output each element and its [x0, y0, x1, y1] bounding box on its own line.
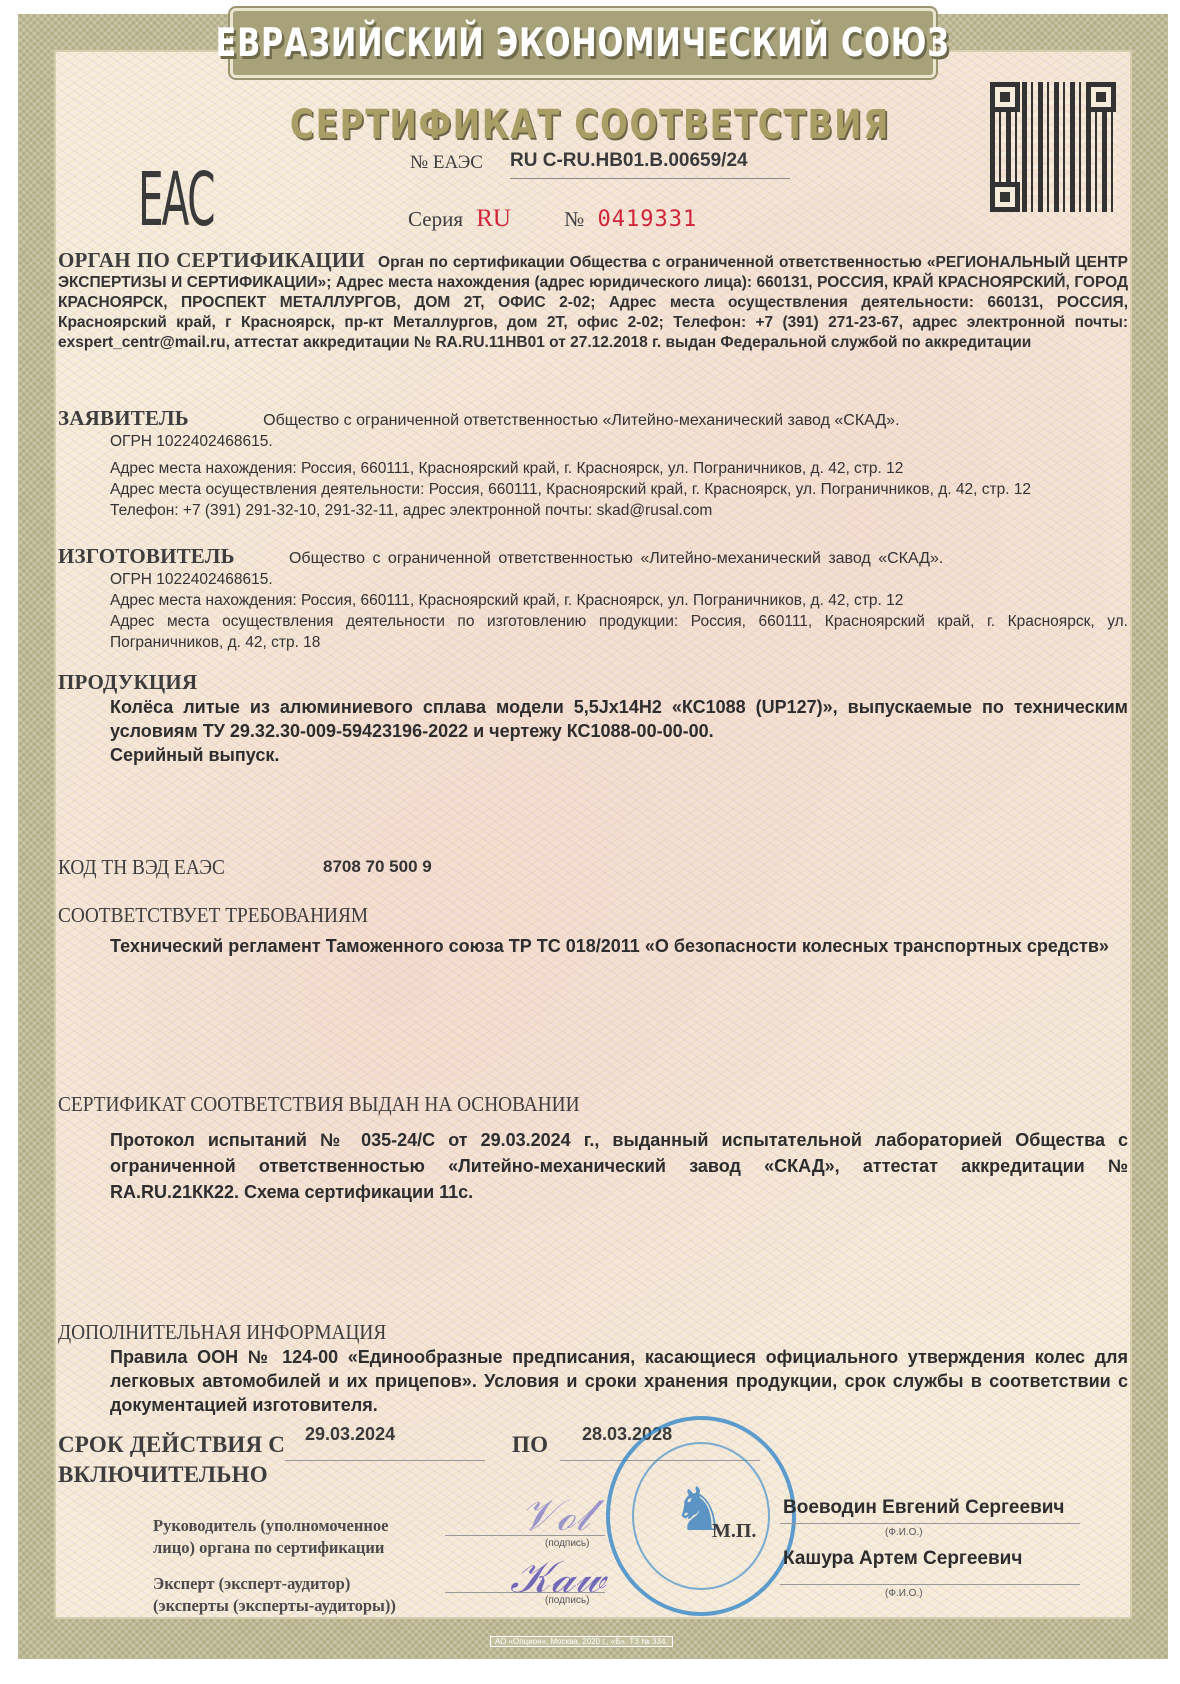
stamp-label: М.П.	[712, 1520, 756, 1543]
product-section: ПРОДУКЦИЯ Колёса литые из алюминиевого с…	[58, 670, 1128, 767]
validity-from-date: 29.03.2024	[305, 1424, 395, 1445]
validity-from-line	[285, 1460, 485, 1461]
additional-section: ДОПОЛНИТЕЛЬНАЯ ИНФОРМАЦИЯ Правила ООН № …	[58, 1320, 1128, 1417]
qr-finder-icon	[1086, 82, 1116, 112]
basis-section: СЕРТИФИКАТ СООТВЕТСТВИЯ ВЫДАН НА ОСНОВАН…	[58, 1092, 1128, 1205]
expert-name-line	[780, 1584, 1080, 1585]
eaes-number: RU C-RU.НВ01.В.00659/24	[510, 150, 790, 179]
applicant-name: Общество с ограниченной ответственностью…	[263, 412, 899, 429]
head-name: Воеводин Евгений Сергеевич	[783, 1497, 1064, 1519]
tn-ved-label: КОД ТН ВЭД ЕАЭС	[58, 855, 225, 880]
manufacturer-ogrn: ОГРН 1022402468615.	[58, 569, 1128, 590]
product-release: Серийный выпуск.	[58, 743, 1128, 767]
manufacturer-section: ИЗГОТОВИТЕЛЬ Общество с ограниченной отв…	[58, 546, 1128, 653]
product-label: ПРОДУКЦИЯ	[58, 670, 1128, 695]
series-label: Серия	[408, 207, 463, 231]
additional-text: Правила ООН № 124-00 «Единообразные пред…	[58, 1345, 1128, 1417]
series-row: Серия RU № 0419331	[408, 205, 697, 233]
certificate-title: СЕРТИФИКАТ СООТВЕТСТВИЯ	[106, 102, 1074, 148]
validity-from-label: СРОК ДЕЙСТВИЯ С	[58, 1432, 285, 1458]
requirements-label: СООТВЕТСТВУЕТ ТРЕБОВАНИЯМ	[58, 903, 368, 928]
qr-code-icon	[990, 82, 1116, 212]
expert-fio-caption: (Ф.И.О.)	[885, 1588, 923, 1599]
series-value: RU	[476, 205, 511, 232]
union-banner: ЕВРАЗИЙСКИЙ ЭКОНОМИЧЕСКИЙ СОЮЗ	[230, 8, 936, 78]
eac-logo-icon: ЕАС	[138, 157, 213, 243]
qr-finder-icon	[990, 82, 1020, 112]
printer-imprint: АО «Опцион», Москва, 2020 г., «Б». ТЗ № …	[490, 1636, 673, 1647]
applicant-label: ЗАЯВИТЕЛЬ	[58, 406, 189, 430]
number-label: №	[564, 207, 584, 231]
applicant-section: ЗАЯВИТЕЛЬ Общество с ограниченной ответс…	[58, 408, 1128, 521]
head-signature-icon: 𝒱ℴ𝓁	[520, 1490, 590, 1541]
head-signatory-label: Руководитель (уполномоченное лицо) орган…	[153, 1515, 388, 1559]
manufacturer-address-production: Адрес места осуществления деятельности п…	[58, 611, 1128, 653]
applicant-contacts: Телефон: +7 (391) 291-32-10, 291-32-11, …	[58, 500, 1128, 521]
head-name-line	[780, 1523, 1080, 1524]
number-value: 0419331	[598, 207, 698, 232]
applicant-address-activity: Адрес места осуществления деятельности: …	[58, 479, 1128, 500]
head-fio-caption: (Ф.И.О.)	[885, 1527, 923, 1538]
basis-label: СЕРТИФИКАТ СООТВЕТСТВИЯ ВЫДАН НА ОСНОВАН…	[58, 1092, 580, 1117]
manufacturer-name: Общество с ограниченной ответственностью…	[289, 550, 943, 567]
validity-to-label: ПО	[512, 1432, 548, 1458]
applicant-address-location: Адрес места нахождения: Россия, 660111, …	[58, 458, 1128, 479]
qr-finder-icon	[990, 182, 1020, 212]
additional-label: ДОПОЛНИТЕЛЬНАЯ ИНФОРМАЦИЯ	[58, 1320, 386, 1345]
expert-signature-icon: 𝒦𝒶𝓌	[510, 1552, 606, 1603]
validity-inclusive-label: ВКЛЮЧИТЕЛЬНО	[58, 1462, 268, 1488]
official-seal-icon: ♞	[606, 1416, 796, 1616]
manufacturer-label: ИЗГОТОВИТЕЛЬ	[58, 544, 235, 568]
product-description: Колёса литые из алюминиевого сплава моде…	[58, 695, 1128, 743]
manufacturer-address-location: Адрес места нахождения: Россия, 660111, …	[58, 590, 1128, 611]
requirements-section: СООТВЕТСТВУЕТ ТРЕБОВАНИЯМ Технический ре…	[58, 903, 1128, 959]
expert-signatory-label: Эксперт (эксперт-аудитор) (эксперты (экс…	[153, 1573, 396, 1617]
certification-body-section: ОРГАН ПО СЕРТИФИКАЦИИ Орган по сертифика…	[58, 250, 1128, 353]
basis-text: Протокол испытаний № 035-24/С от 29.03.2…	[58, 1127, 1128, 1205]
tn-ved-value: 8708 70 500 9	[323, 857, 432, 877]
tn-ved-section: КОД ТН ВЭД ЕАЭС 8708 70 500 9	[58, 855, 1128, 880]
union-title: ЕВРАЗИЙСКИЙ ЭКОНОМИЧЕСКИЙ СОЮЗ	[216, 21, 950, 66]
certification-body-label: ОРГАН ПО СЕРТИФИКАЦИИ	[58, 248, 365, 272]
eaes-label: № ЕАЭС	[410, 152, 483, 174]
applicant-ogrn: ОГРН 1022402468615.	[58, 431, 1128, 452]
requirements-text: Технический регламент Таможенного союза …	[58, 934, 1128, 959]
expert-name: Кашура Артем Сергеевич	[783, 1548, 1022, 1570]
